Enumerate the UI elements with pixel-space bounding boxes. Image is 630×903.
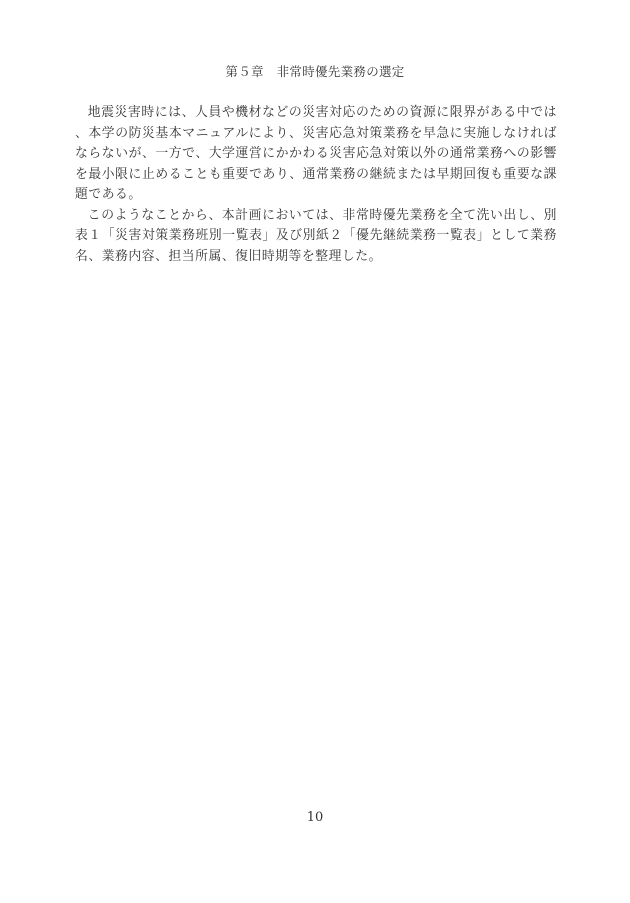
page-number: 10 <box>0 809 630 827</box>
chapter-title: 第５章 非常時優先業務の選定 <box>0 63 630 81</box>
body-text: 地震災害時には、人員や機材などの災害対応のための資源に限界がある中では、本学の防… <box>75 103 557 267</box>
paragraph-2: このようなことから、本計画においては、非常時優先業務を全て洗い出し、別表１「災害… <box>75 206 557 268</box>
document-page: 第５章 非常時優先業務の選定 地震災害時には、人員や機材などの災害対応のための資… <box>0 0 630 903</box>
paragraph-1: 地震災害時には、人員や機材などの災害対応のための資源に限界がある中では、本学の防… <box>75 103 557 206</box>
